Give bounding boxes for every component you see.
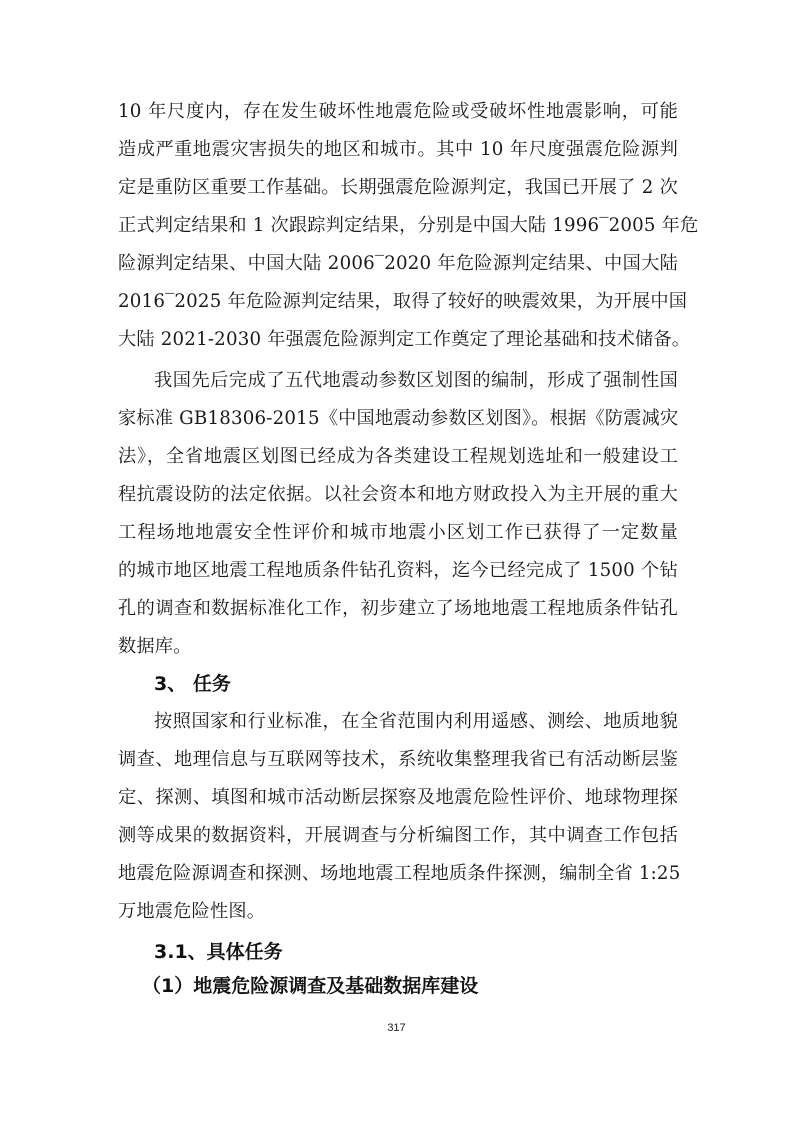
text-line: 数据库。 xyxy=(118,635,678,659)
section-heading-tasks: 3、 任务 xyxy=(154,672,231,696)
text-line: 工程场地地震安全性评价和城市地震小区划工作已获得了一定数量 xyxy=(118,521,678,545)
text-line: 我国先后完成了五代地震动参数区划图的编制，形成了强制性国 xyxy=(118,369,678,393)
text-line: 万地震危险性图。 xyxy=(118,900,678,924)
page-number: 317 xyxy=(0,1022,793,1034)
text-line: 按照国家和行业标准，在全省范围内利用遥感、测绘、地质地貌 xyxy=(118,710,678,734)
text-line: 大陆 2021-2030 年强震危险源判定工作奠定了理论基础和技术储备。 xyxy=(118,328,678,352)
text-line: 的城市地区地震工程地质条件钻孔资料，迄今已经完成了 1500 个钻 xyxy=(118,559,678,583)
text-line: 险源判定结果、中国大陆 2006‾2020 年危险源判定结果、中国大陆 xyxy=(118,252,678,276)
text-line: 家标准 GB18306-2015《中国地震动参数区划图》。根据《防震减灾 xyxy=(118,407,678,431)
text-line: 地震危险源调查和探测、场地地震工程地质条件探测，编制全省 1:25 xyxy=(118,862,678,886)
text-line: 调查、地理信息与互联网等技术，系统收集整理我省已有活动断层鉴 xyxy=(118,748,678,772)
text-line: 2016‾2025 年危险源判定结果，取得了较好的映震效果，为开展中国 xyxy=(118,290,678,314)
text-line: 测等成果的数据资料，开展调查与分析编图工作，其中调查工作包括 xyxy=(118,824,678,848)
subsection-heading-hazard-survey: （1）地震危险源调查及基础数据库建设 xyxy=(142,974,478,998)
text-line: 程抗震设防的法定依据。以社会资本和地方财政投入为主开展的重大 xyxy=(118,483,678,507)
text-line: 定是重防区重要工作基础。长期强震危险源判定，我国已开展了 2 次 xyxy=(118,176,678,200)
text-line: 10 年尺度内，存在发生破坏性地震危险或受破坏性地震影响，可能 xyxy=(118,100,678,124)
text-line: 造成严重地震灾害损失的地区和城市。其中 10 年尺度强震危险源判 xyxy=(118,138,678,162)
text-line: 孔的调查和数据标准化工作，初步建立了场地地震工程地质条件钻孔 xyxy=(118,597,678,621)
text-line: 定、探测、填图和城市活动断层探察及地震危险性评价、地球物理探 xyxy=(118,786,678,810)
text-line: 法》，全省地震区划图已经成为各类建设工程规划选址和一般建设工 xyxy=(118,445,678,469)
section-heading-specific-tasks: 3.1、具体任务 xyxy=(154,940,283,964)
text-line: 正式判定结果和 1 次跟踪判定结果，分别是中国大陆 1996‾2005 年危 xyxy=(118,214,678,238)
